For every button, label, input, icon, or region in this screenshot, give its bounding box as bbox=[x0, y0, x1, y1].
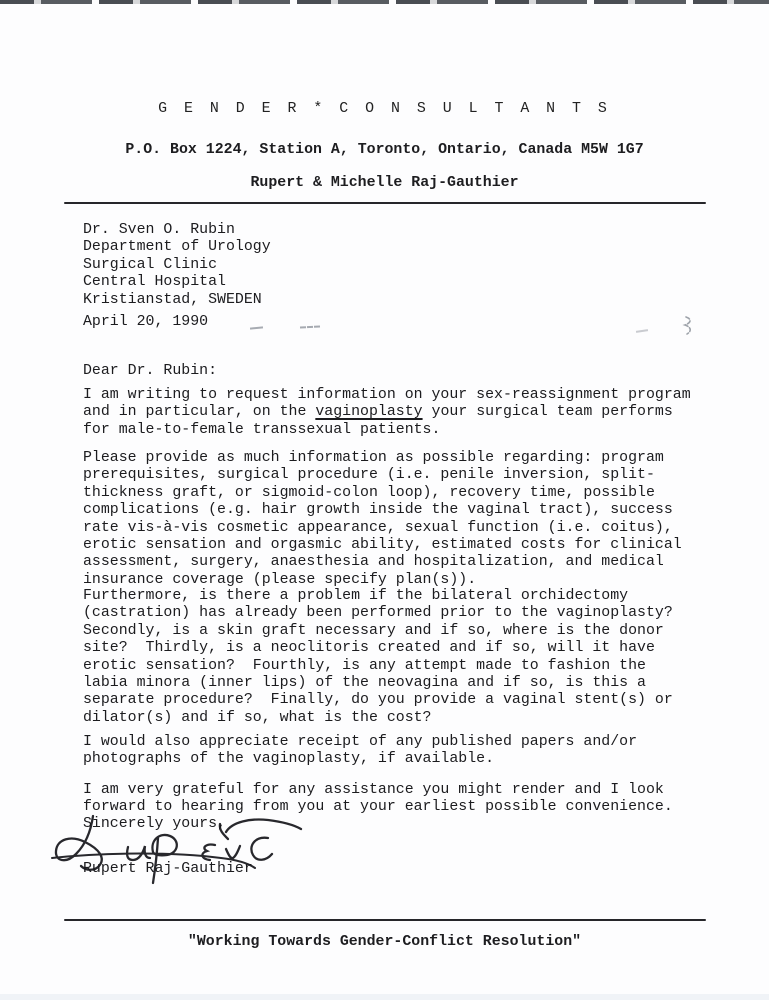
paragraph-1: I am writing to request information on y… bbox=[83, 387, 743, 439]
scan-squiggle-artifact bbox=[682, 314, 696, 338]
scan-smudge bbox=[636, 329, 648, 333]
recipient-block: Dr. Sven O. Rubin Department of Urology … bbox=[83, 222, 271, 309]
vaginoplasty-underlined-term: vaginoplasty bbox=[315, 404, 422, 420]
letter-page: G E N D E R * C O N S U L T A N T S P.O.… bbox=[0, 0, 769, 1000]
recipient-line: Dr. Sven O. Rubin bbox=[83, 222, 271, 239]
recipient-line: Kristianstad, SWEDEN bbox=[83, 292, 271, 309]
org-principals: Rupert & Michelle Raj-Gauthier bbox=[0, 175, 769, 191]
signed-name: Rupert Raj-Gauthier bbox=[83, 861, 253, 878]
scan-bottom-edge-artifact bbox=[0, 994, 769, 1000]
recipient-line: Department of Urology bbox=[83, 239, 271, 256]
paragraph-5: I am very grateful for any assistance yo… bbox=[83, 782, 743, 817]
recipient-line: Surgical Clinic bbox=[83, 257, 271, 274]
scan-top-edge-artifact bbox=[0, 0, 769, 4]
org-address: P.O. Box 1224, Station A, Toronto, Ontar… bbox=[0, 142, 769, 158]
paragraph-2: Please provide as much information as po… bbox=[83, 450, 743, 589]
paragraph-4: I would also appreciate receipt of any p… bbox=[83, 734, 743, 769]
salutation: Dear Dr. Rubin: bbox=[83, 363, 217, 380]
org-name: G E N D E R * C O N S U L T A N T S bbox=[0, 101, 769, 117]
letterhead-rule bbox=[64, 202, 706, 204]
date-line: April 20, 1990 bbox=[83, 314, 208, 331]
footer-rule bbox=[64, 919, 706, 921]
recipient-line: Central Hospital bbox=[83, 274, 271, 291]
scan-smudge bbox=[300, 325, 320, 328]
paragraph-3: Furthermore, is there a problem if the b… bbox=[83, 588, 743, 727]
scan-smudge bbox=[250, 326, 263, 329]
footer-motto: "Working Towards Gender-Conflict Resolut… bbox=[0, 934, 769, 950]
closing-valediction: Sincerely yours, bbox=[83, 816, 226, 833]
